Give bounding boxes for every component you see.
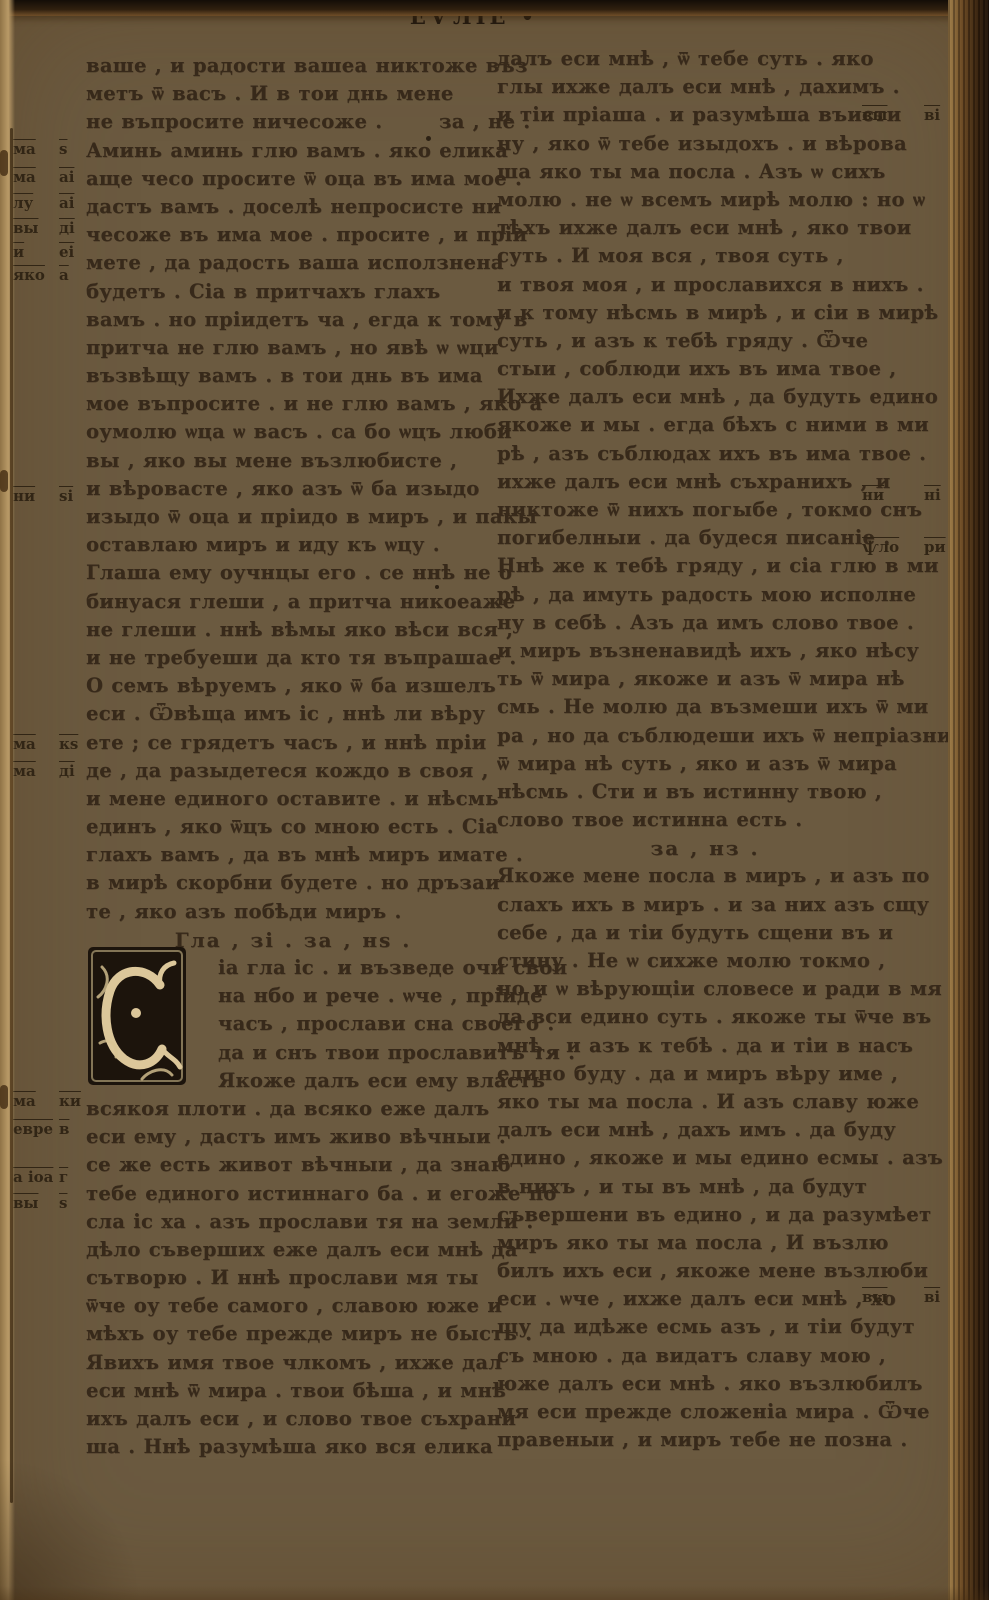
margin-note-book: ѱло [862,538,899,556]
margin-note-book: ма [13,762,36,780]
text-line: и миръ възненавидѣ ихъ , яко нѣсу [497,637,913,665]
text-line: Ннѣ же к тебѣ гряду , и сіа глю в ми [497,552,913,580]
margin-note: нині [862,486,948,510]
text-line: възвѣщу вамъ . в тои днь въ има [86,362,500,390]
margin-note: иеі [13,243,91,267]
margin-note-number: ѕі [59,487,73,505]
margin-note: мааі [13,168,91,192]
text-line: стыи , соблюди ихъ въ има твое , [497,355,913,383]
margin-notes-left: маѕмааілуаівыдіиеіякоаниѕімакѕмадімакиев… [13,0,91,1600]
text-line: да вси едино суть . якоже ты ѿче въ [497,1003,913,1031]
margin-note-book: ма [13,735,36,753]
text-line: едино , якоже и мы едино есмы . азъ [497,1144,913,1172]
text-line: мете , да радость ваша исползнена [86,249,500,277]
text-line: себе , да и тіи будуть сщени въ и [497,919,913,947]
text-line: щу да идѣже есмь азъ , и тіи будут [497,1313,913,1341]
margin-note-number: аі [59,194,74,212]
binding-stitch [0,470,8,492]
text-line: единъ , яко ѿцъ со мною есть . Сіа [86,813,500,841]
text-line: еси . Ѿвѣща имъ іс , ннѣ ли вѣру [86,700,500,728]
margin-note: ниѕі [13,487,91,511]
margin-note-number: ді [59,762,75,780]
text-line: нѣсмь . Сти и въ истинну твою , [497,778,913,806]
margin-note: макѕ [13,735,91,759]
margin-note-number: еі [59,243,74,261]
text-line: оумолю ѡца ѡ васъ . са бо ѡцъ люби [86,418,500,446]
text-line: глахъ вамъ , да въ мнѣ миръ имате . [86,841,500,869]
ink-speck [426,136,431,141]
text-line: еси . ѡче , ихже далъ еси мнѣ , хо [497,1285,913,1313]
margin-note-number: ки [59,1092,81,1110]
text-line: тебе единого истиннаго ба . и егоже по [86,1180,500,1208]
book-fore-edge [948,0,989,1600]
margin-note: выді [13,219,91,243]
text-line: в нихъ , и ты въ мнѣ , да будут [497,1173,913,1201]
margin-note: выві [862,106,948,130]
text-line: юже далъ еси мнѣ . яко възлюбилъ [497,1370,913,1398]
text-line: правеныи , и миръ тебе не позна . [497,1426,913,1454]
margin-note-number: а [59,266,69,284]
margin-note-book: ма [13,168,36,186]
margin-note: маді [13,762,91,786]
margin-note-book: ма [13,1092,36,1110]
chapter-heading: за , нз . [497,834,913,862]
margin-note-number: кѕ [59,735,78,753]
text-line: едино буду . да и миръ вѣру име , [497,1060,913,1088]
margin-note-number: ѕ [59,1194,67,1212]
margin-note: луаі [13,194,91,218]
text-line: глы ихже далъ еси мнѣ , дахимъ . [497,73,913,101]
text-line: Якоже мене посла в миръ , и азъ по [497,862,913,890]
text-line: съвершени въ едино , и да разумѣет [497,1201,913,1229]
margin-note-number: ѕ [59,140,67,158]
margin-note-book: ма [13,140,36,158]
text-line: оставлаю миръ и иду къ ѡцу . [86,531,500,559]
text-line: ну в себѣ . Азъ да имъ слово твое . [497,609,913,637]
text-line: те , яко азъ побѣди миръ . [86,898,500,926]
text-line: всякоя плоти . да всяко еже далъ [86,1095,500,1123]
margin-note-number: аі [59,168,74,186]
text-line: и вѣровасте , яко азъ ѿ ба изыдо [86,475,500,503]
margin-note-number: г [59,1168,68,1186]
text-line: рѣ , азъ съблюдах ихъ въ има твое . [497,440,913,468]
text-line: ѿче оу тебе самого , славою юже и [86,1292,500,1320]
text-line: бинуася глеши , а притча никоеаже [86,588,500,616]
text-line: вы , яко вы мене възлюбисте , [86,447,500,475]
text-line: съ мною . да видатъ славу мою , [497,1342,913,1370]
binding-stitch [0,1085,8,1109]
text-line: и твоя моя , и прославихся в нихъ . [497,271,913,299]
text-line: стину . Не ѡ сихже молю токмо , [497,947,913,975]
margin-note-book: вы [862,106,887,124]
text-line: сла іс ха . азъ прослави тя на земли . [86,1208,500,1236]
text-line: и мене единого оставите . и нѣсмь [86,785,500,813]
text-line: далъ еси мнѣ , дахъ имъ . да буду [497,1116,913,1144]
text-line: но и ѡ вѣрующіи словесе и ради в мя . [497,975,913,1003]
margin-note-book: вы [862,1288,887,1306]
text-line: мя еси прежде сложеніа мира . Ѿче [497,1398,913,1426]
text-line: Явихъ имя твое члкомъ , ихже дал [86,1349,500,1377]
text-line: якоже и мы . егда бѣхъ с ними в ми [497,411,913,439]
text-line: де , да разыдетеся кождо в своя , [86,757,500,785]
text-line: и к тому нѣсмь в мирѣ , и сіи в мирѣ [497,299,913,327]
text-line: Аминь аминь глю вамъ . яко елика [86,137,500,165]
text-line: мѣхъ оу тебе прежде миръ не бысть . [86,1320,500,1348]
margin-note: выѕ [13,1194,91,1218]
text-line: не глеши . ннѣ вѣмы яко вѣси вся , [86,616,500,644]
text-column-right: далъ еси мнѣ , ѿ тебе суть . якоглы ихже… [497,45,913,1454]
book-top-edge [0,0,989,16]
text-line: смь . Не молю да възмеши ихъ ѿ ми [497,693,913,721]
binding-stitch [0,150,8,176]
margin-note: маѕ [13,140,91,164]
text-line: суть . И моя вся , твоя суть , [497,242,913,270]
margin-note-number: ві [924,106,940,124]
text-line: Глаша ему оучнцы его . се ннѣ не о [86,559,500,587]
text-line: и тіи пріаша . и разумѣша въисти [497,101,913,129]
text-line: далъ еси мнѣ , ѿ тебе суть . яко [497,45,913,73]
margin-note: выві [862,1288,948,1312]
text-line: се же есть живот вѣчныи , да знаю [86,1151,500,1179]
text-line: ѿ мира нѣ суть , яко и азъ ѿ мира [497,750,913,778]
margin-note-book: ни [13,487,35,505]
text-line: аще чесо просите ѿ оца въ има мое . [86,165,500,193]
margin-note-number: ри [924,538,946,556]
text-line: ихже далъ еси мнѣ съхранихъ , и [497,468,913,496]
margin-note: еврев [13,1120,91,1144]
margin-note-book: яко [13,266,45,284]
margin-note: маки [13,1092,91,1116]
text-line: чесоже въ има мое . просите , и пріи [86,221,500,249]
text-line: дѣло съверших еже далъ еси мнѣ да [86,1236,500,1264]
text-line: слахъ ихъ в миръ . и за них азъ сщу [497,891,913,919]
ink-speck [435,585,439,589]
margin-note-number: ді [59,219,75,237]
margin-note-book: ни [862,486,884,504]
margin-notes-right: вывіниніѱлоривыві [862,0,948,1600]
margin-note-number: в [59,1120,69,1138]
text-line: в мирѣ скорбни будете . но дръзаи [86,869,500,897]
text-line: молю . не ѡ всемъ мирѣ молю : но ѡ [497,186,913,214]
woodcut-initial-letter [88,947,186,1085]
text-line: ете ; се грядетъ часъ , и ннѣ пріи [86,729,500,757]
text-line: сътворю . И ннѣ прослави мя ты [86,1264,500,1292]
text-line: еси ему , дастъ имъ живо вѣчныи . [86,1123,500,1151]
text-line: погибелныи . да будеся писаніе . [497,524,913,552]
margin-note-book: евре [13,1120,53,1138]
text-line: ть ѿ мира , якоже и азъ ѿ мира нѣ [497,665,913,693]
text-line: тѣхъ ихже далъ еси мнѣ , яко твои [497,214,913,242]
text-line: ша яко ты ма посла . Азъ ѡ сихъ [497,158,913,186]
text-line: слово твое истинна есть . [497,806,913,834]
text-line: миръ яко ты ма посла , И възлю [497,1229,913,1257]
text-line: рѣ , да имуть радость мою исполне [497,581,913,609]
text-line: не въпросите ничесоже . за , не . [86,108,500,136]
text-line: ну , яко ѿ тебе изыдохъ . и вѣрова [497,130,913,158]
margin-note: ѱлори [862,538,948,562]
text-column-left: ваше , и радости вашеа никтоже възметъ ѿ… [86,52,500,1461]
text-line: будетъ . Сіа в притчахъ глахъ [86,278,500,306]
text-line: суть , и азъ к тебѣ гряду . Ѿче [497,327,913,355]
text-line: мое въпросите . и не глю вамъ , яко а [86,390,500,418]
margin-note-book: вы [13,219,38,237]
text-line: изыдо ѿ оца и пріидо в миръ , и пакы [86,503,500,531]
text-line: яко ты ма посла . И азъ славу юже [497,1088,913,1116]
text-line: дастъ вамъ . доселѣ непросисте ни [86,193,500,221]
text-line: билъ ихъ еси , якоже мене възлюби [497,1257,913,1285]
text-line: притча не глю вамъ , но явѣ ѡ ѡци [86,334,500,362]
margin-note-book: лу [13,194,33,212]
text-line: О семъ вѣруемъ , яко ѿ ба изшелъ [86,672,500,700]
text-line: еси мнѣ ѿ мира . твои бѣша , и мнѣ [86,1377,500,1405]
text-line: ваше , и радости вашеа никтоже въз [86,52,500,80]
text-line: никтоже ѿ нихъ погыбе , токмо снъ [497,496,913,524]
book-bottom-edge [0,1586,989,1600]
text-line: Ихже далъ еси мнѣ , да будуть едино [497,383,913,411]
gutter-crease [10,128,13,1503]
text-line: метъ ѿ васъ . И в тои днь мене [86,80,500,108]
margin-note-book: а іоа [13,1168,53,1186]
margin-note-number: ні [924,486,941,504]
margin-note-number: ві [924,1288,940,1306]
text-line: вамъ . но пріидетъ ча , егда к тому в [86,306,500,334]
text-line: ихъ далъ еси , и слово твое съхрани [86,1405,500,1433]
text-line: ра , но да съблюдеши ихъ ѿ непріазни . [497,722,913,750]
text-line: мнѣ , и азъ к тебѣ . да и тіи в насъ [497,1032,913,1060]
page-corner-shadow [0,1430,150,1600]
margin-note-book: вы [13,1194,38,1212]
margin-note: якоа [13,266,91,290]
text-line: и не требуеши да кто тя въпрашае . [86,644,500,672]
margin-note: а іоаг [13,1168,91,1192]
book-page: ЕѴЛІЕ • ваше , и радости вашеа никтоже в… [0,0,989,1600]
